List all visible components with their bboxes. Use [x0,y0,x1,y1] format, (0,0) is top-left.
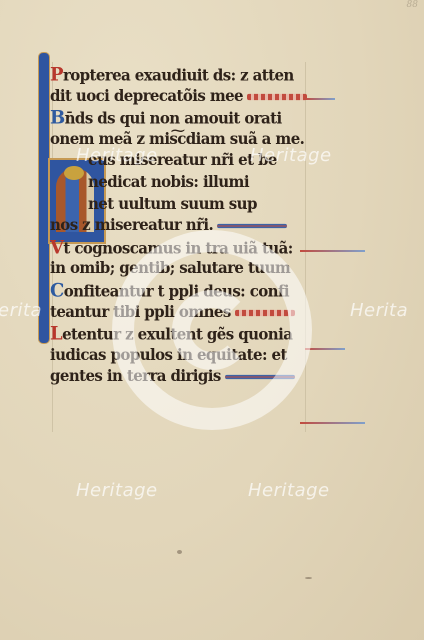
line-text: net uultum suum sup [88,194,257,213]
rubric-initial: L [50,323,62,345]
text-line: nos z misereatur nr̃i. [50,215,308,238]
parchment-stain [305,577,312,579]
text-line: nedicat nobis: illumi [50,171,308,194]
watermark-text: erita [0,300,42,321]
line-text: n̄ds ds qui non amouit orati [65,109,282,128]
rubric-initial: V [50,236,63,258]
text-line: net uultum suum sup [50,193,308,216]
watermark-text: Heritage [250,145,332,166]
pen-flourish [305,348,345,350]
line-text: nedicat nobis: illumi [88,172,249,191]
pen-flourish [305,98,335,100]
rubric-initial: B [50,107,65,129]
pen-flourish [300,250,365,252]
watermark-text: Heritage [76,145,158,166]
watermark-logo-icon [112,230,312,430]
manuscript-page: 88 Propterea exaudiuit ds: z atten dit u… [0,0,424,640]
folio-number: 88 [407,0,418,10]
text-line: Propterea exaudiuit ds: z atten [50,63,308,86]
watermark-logo-inner [172,290,252,370]
watermark-text: Herita [350,300,408,321]
parchment-stain [177,550,182,554]
line-text: ropterea exaudiuit ds: z atten [63,66,294,85]
rubric-initial: C [50,279,64,301]
line-text: dit uoci deprecatõis mee [50,86,243,105]
text-line: dit uoci deprecatõis mee [50,85,308,108]
line-filler [217,224,287,228]
text-line: Bn̄ds ds qui non amouit orati [50,107,308,130]
pen-flourish [300,422,365,424]
line-filler [247,93,307,99]
watermark-text: Heritage [76,480,158,501]
rubric-initial: P [50,63,63,85]
watermark-text: Heritage [248,480,330,501]
